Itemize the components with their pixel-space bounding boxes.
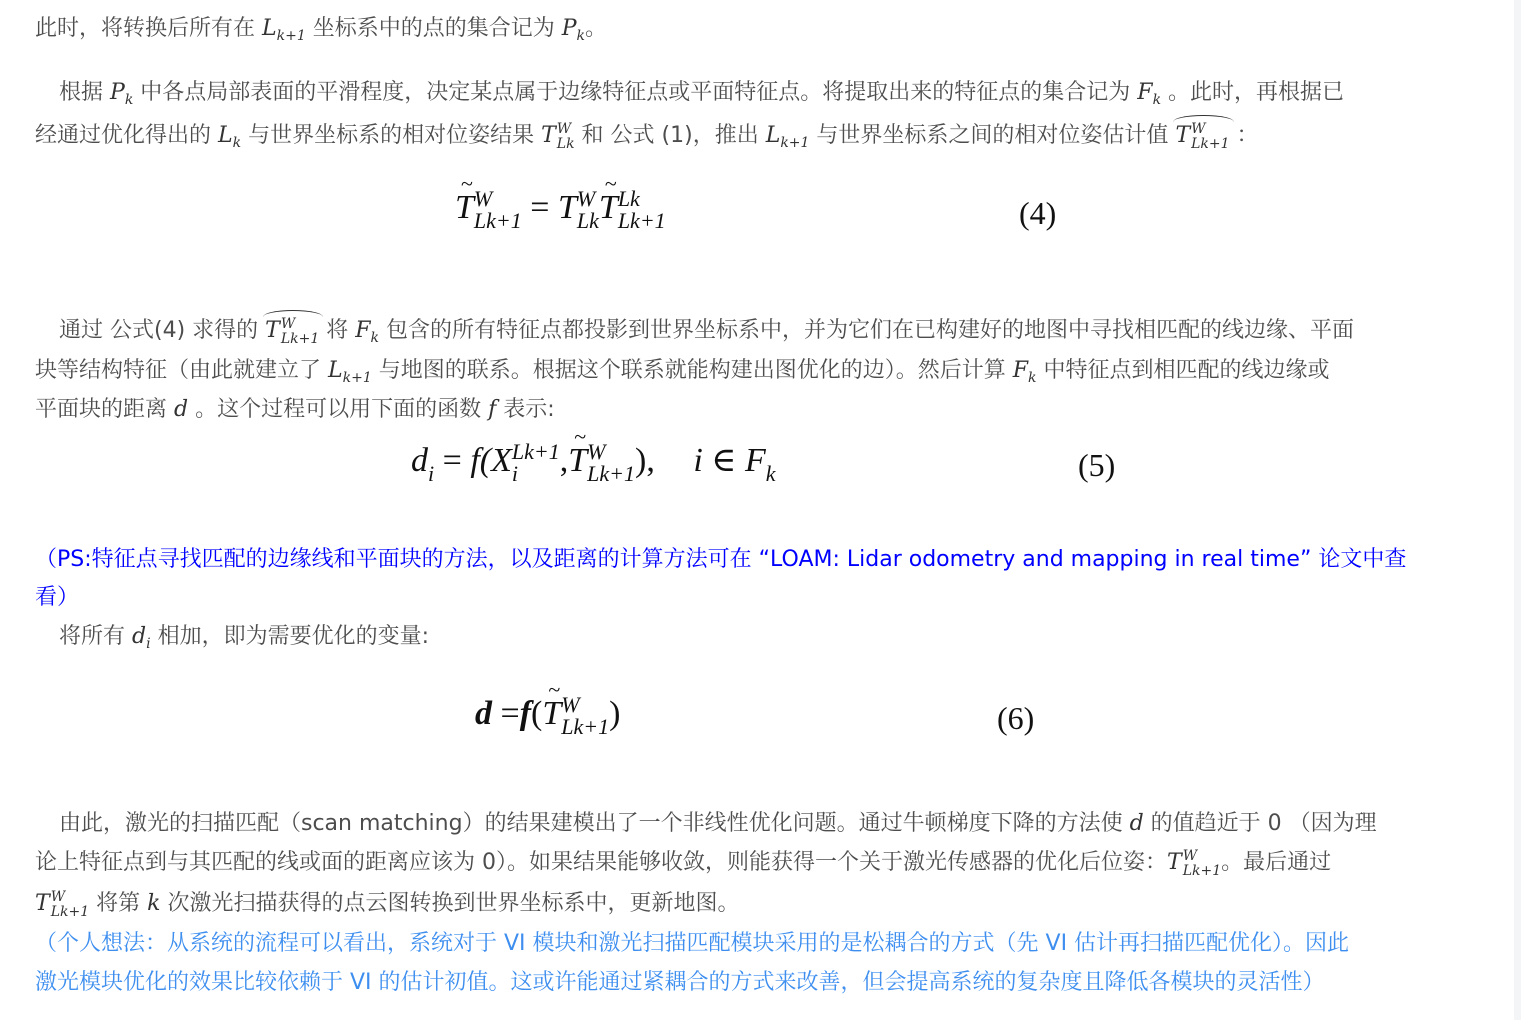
text: 表示: [496, 397, 554, 422]
equation-4: TWLk+1 = TWLkTLkLk+1 [455, 188, 666, 232]
text: 和 公式 (1)，推出 [575, 123, 766, 148]
text: 通过 公式(4) 求得的 [59, 318, 265, 343]
math-F-k: Fk [1137, 80, 1161, 105]
math-T-hat-W-Lk1: TWLk+1 [265, 316, 319, 346]
math-L-k1: Lk+1 [766, 123, 810, 148]
text: 。这个过程可以用下面的函数 [188, 397, 488, 422]
paragraph-projection-line1: 通过 公式(4) 求得的 TWLk+1 将 Fk 包含的所有特征点都投影到世界坐… [35, 316, 1354, 346]
text: 论上特征点到与其匹配的线或面的距离应该为 0）。如果结果能够收敛，则能获得一个关… [35, 850, 1167, 875]
math-T-W-Lk: TWLk [541, 123, 574, 148]
math-L-k1: Lk+1 [328, 358, 372, 383]
math-k: k [147, 891, 160, 916]
math-T-W-Lk1: TWLk+1 [1167, 850, 1221, 875]
text: 与世界坐标系的相对位姿结果 [241, 123, 541, 148]
equation-4-number: (4) [1019, 195, 1056, 232]
text: 经通过优化得出的 [35, 123, 218, 148]
equation-5: di = f(XLk+1i,TWLk+1), i ∈ Fk [411, 440, 775, 485]
text: 将所有 [59, 624, 132, 649]
math-P-k: Pk [110, 80, 133, 105]
paragraph-scan-matching-line3: TWLk+1 将第 k 次激光扫描获得的点云图转换到世界坐标系中，更新地图。 [35, 889, 739, 919]
paragraph-scan-matching-line2: 论上特征点到与其匹配的线或面的距离应该为 0）。如果结果能够收敛，则能获得一个关… [35, 848, 1331, 878]
ps-note-line1: （PS:特征点寻找匹配的边缘线和平面块的方法，以及距离的计算方法可在 “LOAM… [35, 545, 1406, 575]
text: 坐标系中的点的集合记为 [306, 16, 562, 41]
text: 包含的所有特征点都投影到世界坐标系中，并为它们在已构建好的地图中寻找相匹配的线边… [379, 318, 1354, 343]
text: 中特征点到相匹配的线边缘或 [1036, 358, 1329, 383]
paragraph-point-set: 此时，将转换后所有在 Lk+1 坐标系中的点的集合记为 Pk。 [35, 14, 607, 44]
text: 次激光扫描获得的点云图转换到世界坐标系中，更新地图。 [160, 891, 739, 916]
math-F-k: Fk [355, 318, 379, 343]
text: 将第 [89, 891, 147, 916]
equation-6: d =f(TWLk+1) [475, 694, 620, 738]
math-d: d [1130, 811, 1144, 836]
text: 相加，即为需要优化的变量: [151, 624, 429, 649]
text: 将 [319, 318, 355, 343]
text: 由此，激光的扫描匹配（scan matching）的结果建模出了一个非线性优化问… [59, 811, 1130, 836]
text: 。最后通过 [1221, 850, 1331, 875]
math-L-k1: Lk+1 [262, 16, 306, 41]
text: 块等结构特征（由此就建立了 [35, 358, 328, 383]
text: ： [1230, 123, 1259, 148]
text: 。 [585, 16, 607, 41]
paragraph-feature-extraction-line2: 经通过优化得出的 Lk 与世界坐标系的相对位姿结果 TWLk 和 公式 (1)，… [35, 121, 1259, 151]
math-d-i: di [132, 624, 151, 649]
text: 平面块的距离 [35, 397, 174, 422]
paragraph-projection-line3: 平面块的距离 d 。这个过程可以用下面的函数 f 表示: [35, 395, 555, 425]
ps-note-line2: 看） [35, 583, 79, 613]
text: 与世界坐标系之间的相对位姿估计值 [809, 123, 1175, 148]
scrollbar-track[interactable] [1514, 0, 1521, 1020]
text: 与地图的联系。根据这个联系就能构建出图优化的边）。然后计算 [372, 358, 1013, 383]
math-d: d [174, 397, 188, 422]
equation-6-number: (6) [997, 700, 1034, 737]
text: 根据 [59, 80, 110, 105]
text: 。此时，再根据已 [1161, 80, 1344, 105]
text: 此时，将转换后所有在 [35, 16, 262, 41]
equation-5-number: (5) [1078, 447, 1115, 484]
personal-note-line2: 激光模块优化的效果比较依赖于 VI 的估计初值。这或许能通过紧耦合的方式来改善，… [35, 968, 1325, 998]
math-L-k: Lk [218, 123, 241, 148]
paragraph-feature-extraction-line1: 根据 Pk 中各点局部表面的平滑程度，决定某点属于边缘特征点或平面特征点。将提取… [35, 78, 1344, 108]
text: 中各点局部表面的平滑程度，决定某点属于边缘特征点或平面特征点。将提取出来的特征点… [133, 80, 1137, 105]
paragraph-projection-line2: 块等结构特征（由此就建立了 Lk+1 与地图的联系。根据这个联系就能构建出图优化… [35, 356, 1329, 386]
paragraph-sum-variables: 将所有 di 相加，即为需要优化的变量: [35, 622, 429, 652]
math-F-k: Fk [1013, 358, 1037, 383]
math-T-W-Lk1: TWLk+1 [35, 891, 89, 916]
math-T-hat-W-Lk1: TWLk+1 [1175, 121, 1229, 151]
personal-note-line1: （个人想法：从系统的流程可以看出，系统对于 VI 模块和激光扫描匹配模块采用的是… [35, 929, 1349, 959]
text: 的值趋近于 0 （因为理 [1144, 811, 1377, 836]
math-P-k: Pk [562, 16, 585, 41]
paragraph-scan-matching-line1: 由此，激光的扫描匹配（scan matching）的结果建模出了一个非线性优化问… [35, 809, 1377, 839]
